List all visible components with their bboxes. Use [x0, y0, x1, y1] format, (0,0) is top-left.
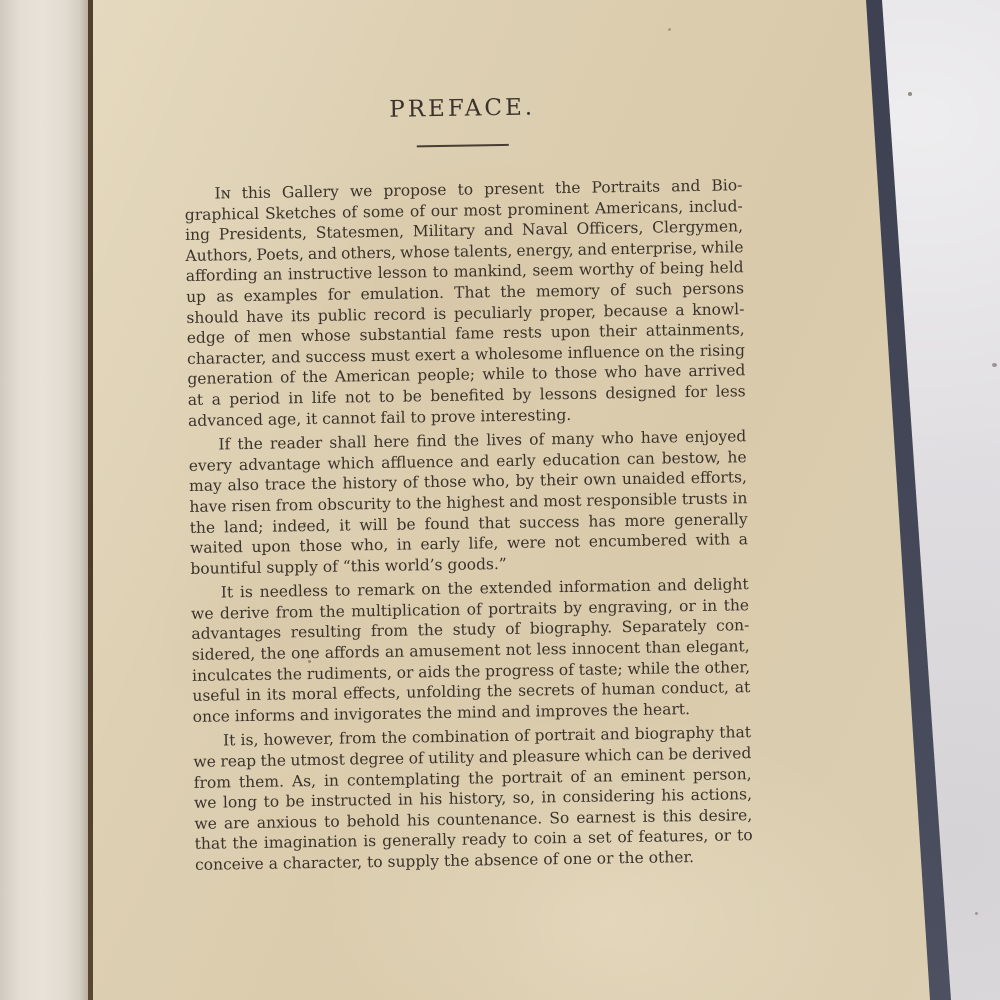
facing-page-edge	[0, 0, 88, 1000]
surface-speck	[992, 363, 997, 367]
page-content: PREFACE. IɴthisGalleryweproposetopresent…	[183, 89, 753, 879]
paragraph: Ifthereadershallherefindthelivesofmanywh…	[188, 426, 748, 579]
book-page: PREFACE. IɴthisGalleryweproposetopresent…	[93, 0, 953, 1000]
title-rule	[417, 144, 509, 147]
surface-speck	[908, 92, 912, 96]
paragraph: Itis,however,fromthecombinationofportrai…	[193, 723, 753, 876]
preface-title: PREFACE.	[183, 89, 741, 128]
book-photo: PREFACE. IɴthisGalleryweproposetopresent…	[0, 0, 1000, 1000]
paragraph: IɴthisGalleryweproposetopresentthePortra…	[184, 175, 746, 431]
paper-speck	[668, 28, 671, 31]
book-gutter-line	[88, 0, 93, 1000]
paragraph: Itisneedlesstoremarkontheextendedinforma…	[191, 574, 751, 727]
text-block: IɴthisGalleryweproposetopresentthePortra…	[184, 175, 753, 875]
surface-speck	[975, 912, 978, 915]
